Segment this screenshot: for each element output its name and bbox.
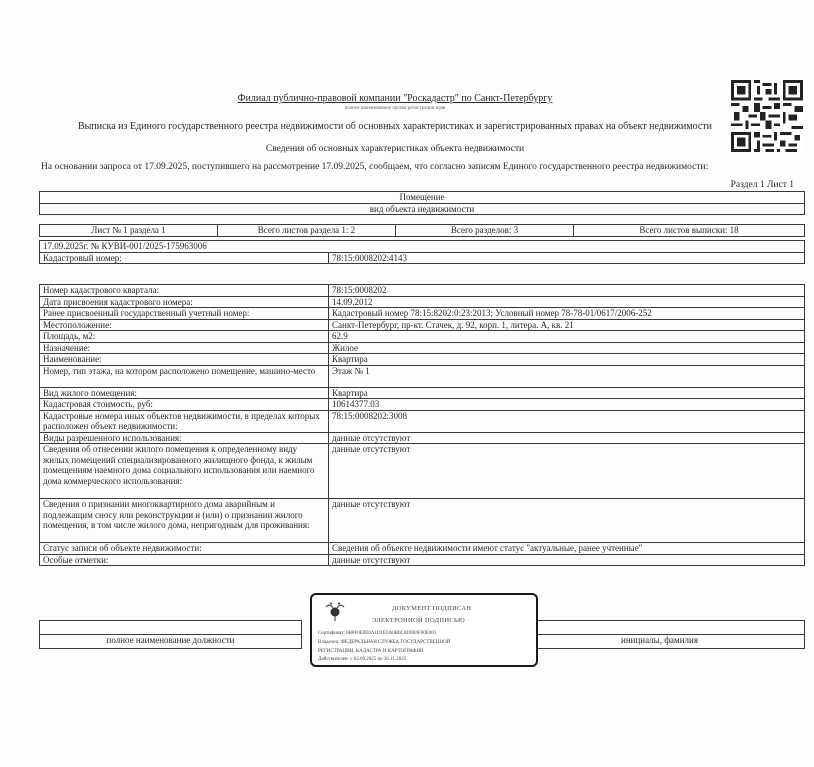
field-value: 10614377.03	[329, 399, 805, 411]
stamp-line-2: ЭЛЕКТРОННОЙ ПОДПИСЬЮ	[372, 617, 465, 624]
organization-caption: полное наименование органа регистрации п…	[0, 106, 790, 111]
field-value: Жилое	[329, 342, 805, 354]
field-value: данные отсутствуют	[329, 554, 805, 566]
field-label: Кадастровые номера иных объектов недвижи…	[40, 410, 329, 432]
stamp-validity: Действителен: с 02.09.2025 по 26.11.2025	[318, 657, 406, 662]
field-label: Местоположение:	[40, 319, 329, 331]
field-label: Статус записи об объекте недвижимости:	[40, 543, 329, 555]
field-value: Квартира	[329, 354, 805, 366]
electronic-signature-stamp: ДОКУМЕНТ ПОДПИСАН ЭЛЕКТРОННОЙ ПОДПИСЬЮ С…	[310, 593, 538, 667]
field-value: данные отсутствуют	[329, 444, 805, 499]
total-sheets: Всего листов выписки: 18	[574, 225, 805, 237]
qr-code-icon	[731, 80, 803, 158]
name-field	[515, 621, 805, 635]
table-row: Площадь, м2:62.9	[40, 331, 805, 343]
table-row: Назначение:Жилое	[40, 342, 805, 354]
table-row: Кадастровые номера иных объектов недвижи…	[40, 410, 805, 432]
document-page: Филиал публично-правовой компании "Роска…	[0, 0, 814, 767]
cadastral-number-value: 78:15:0008202:4143	[329, 252, 805, 264]
stamp-owner-cont: РЕГИСТРАЦИИ, КАДАСТРА И КАРТОГРАФИИ	[318, 649, 424, 654]
field-value: 78:15:0008202	[329, 285, 805, 297]
table-row: Наименование:Квартира	[40, 354, 805, 366]
object-type-value: Помещение	[40, 192, 805, 204]
field-value: данные отсутствуют	[329, 432, 805, 444]
field-label: Номер, тип этажа, на котором расположено…	[40, 365, 329, 387]
field-label: Номер кадастрового квартала:	[40, 285, 329, 297]
field-value: Квартира	[329, 387, 805, 399]
table-row: Сведения о признании многоквартирного до…	[40, 499, 805, 543]
section-sheet-label: Раздел 1 Лист 1	[731, 180, 794, 190]
table-row: Ранее присвоенный государственный учетны…	[40, 308, 805, 320]
table-row: Сведения об отнесении жилого помещения к…	[40, 444, 805, 499]
table-row: Номер, тип этажа, на котором расположено…	[40, 365, 805, 387]
request-table: 17.09.2025г. № КУВИ-001/2025-175963006 К…	[39, 240, 805, 264]
field-label: Ранее присвоенный государственный учетны…	[40, 308, 329, 320]
table-row: Кадастровая стоимость, руб:10614377.03	[40, 399, 805, 411]
object-type-caption: вид объекта недвижимости	[40, 203, 805, 215]
field-value: Сведения об объекте недвижимости имеют с…	[329, 543, 805, 555]
stamp-certificate: Сертификат: 0B0F0E0E0A1D1E0A0B0C0D0E0F00…	[318, 631, 436, 636]
double-headed-eagle-icon	[324, 601, 346, 621]
field-label: Кадастровая стоимость, руб:	[40, 399, 329, 411]
field-value: 62.9	[329, 331, 805, 343]
sheet-meta-table: Лист № 1 раздела 1 Всего листов раздела …	[39, 224, 805, 237]
position-caption: полное наименование должности	[40, 635, 302, 649]
document-title: Выписка из Единого государственного реес…	[0, 121, 790, 132]
table-row: Вид жилого помещения:Квартира	[40, 387, 805, 399]
table-row: Особые отметки:данные отсутствуют	[40, 554, 805, 566]
position-field	[40, 621, 302, 635]
field-value: Санкт-Петербург, пр-кт. Стачек, д. 92, к…	[329, 319, 805, 331]
request-number: 17.09.2025г. № КУВИ-001/2025-175963006	[40, 241, 805, 253]
sheets-in-section: Всего листов раздела 1: 2	[218, 225, 396, 237]
table-row: Статус записи об объекте недвижимости:Св…	[40, 543, 805, 555]
field-label: Сведения о признании многоквартирного до…	[40, 499, 329, 543]
object-type-table: Помещение вид объекта недвижимости	[39, 191, 805, 215]
table-row: Виды разрешенного использования:данные о…	[40, 432, 805, 444]
field-label: Сведения об отнесении жилого помещения к…	[40, 444, 329, 499]
field-value: данные отсутствуют	[329, 499, 805, 543]
field-label: Вид жилого помещения:	[40, 387, 329, 399]
table-row: Местоположение:Санкт-Петербург, пр-кт. С…	[40, 319, 805, 331]
cadastral-number-label: Кадастровый номер:	[40, 252, 329, 264]
field-value: Кадастровый номер 78:15:8202:0:23:2013; …	[329, 308, 805, 320]
characteristics-table: Номер кадастрового квартала:78:15:000820…	[39, 284, 805, 566]
field-label: Дата присвоения кадастрового номера:	[40, 296, 329, 308]
organization-name: Филиал публично-правовой компании "Роска…	[0, 93, 790, 104]
sheet-number: Лист № 1 раздела 1	[40, 225, 218, 237]
total-sections: Всего разделов: 3	[396, 225, 574, 237]
stamp-line-1: ДОКУМЕНТ ПОДПИСАН	[392, 605, 471, 612]
table-row: Дата присвоения кадастрового номера:14.0…	[40, 296, 805, 308]
name-caption: инициалы, фамилия	[515, 635, 805, 649]
field-value: Этаж № 1	[329, 365, 805, 387]
field-label: Площадь, м2:	[40, 331, 329, 343]
field-label: Назначение:	[40, 342, 329, 354]
section-title: Сведения об основных характеристиках объ…	[0, 144, 790, 154]
table-row: Номер кадастрового квартала:78:15:000820…	[40, 285, 805, 297]
stamp-owner: Владелец: ФЕДЕРАЛЬНАЯ СЛУЖБА ГОСУДАРСТВЕ…	[318, 640, 450, 645]
field-value: 78:15:0008202:3008	[329, 410, 805, 432]
field-value: 14.09.2012	[329, 296, 805, 308]
field-label: Виды разрешенного использования:	[40, 432, 329, 444]
basis-text: На основании запроса от 17.09.2025, пост…	[41, 162, 814, 172]
field-label: Наименование:	[40, 354, 329, 366]
field-label: Особые отметки:	[40, 554, 329, 566]
